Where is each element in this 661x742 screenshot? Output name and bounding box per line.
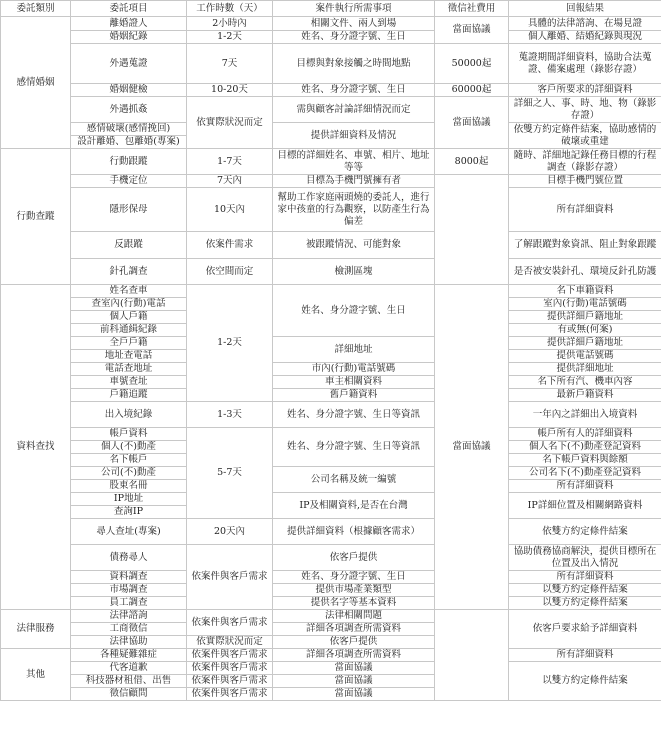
hours-cell: 依案件與客戶需求 [187,662,273,675]
needs-cell: 目標與對象接觸之時間地點 [273,44,435,84]
result-cell: 了解跟蹤對象資訊、阻止對象跟蹤 [509,232,661,259]
table-row: 反跟蹤 依案件需求 被跟蹤情況、可能對象 了解跟蹤對象資訊、阻止對象跟蹤 [1,232,661,259]
header-category: 委託類別 [1,1,71,17]
item-cell: 法律協助 [71,636,187,649]
hours-cell: 依案件需求 [187,232,273,259]
result-cell: 以雙方約定條件結案 [509,662,661,701]
needs-cell: 姓名、身分證字號、生日等資訊 [273,428,435,467]
result-cell: 個人離婚、結婚紀錄與現況 [509,31,661,44]
category-cell: 其他 [1,649,71,701]
result-cell: 提供詳細戶籍地址 [509,337,661,350]
table-row: 外遇蒐證 7天 目標與對象接觸之時間地點 50000起 蒐證期間詳細資料，協助合… [1,44,661,84]
result-cell: 公司名下(不)動產登記資料 [509,467,661,480]
needs-cell: 姓名、身分證字號、生日 [273,84,435,97]
hours-cell: 1-3天 [187,402,273,428]
item-cell: 姓名查車 [71,285,187,298]
needs-cell: 依客戶提供 [273,636,435,649]
needs-cell: 姓名、身分證字號、生日 [273,31,435,44]
item-cell: 個人戶籍 [71,311,187,324]
needs-cell: 幫助工作家庭兩頭燒的委託人，進行家中孩童的行為觀察，以防產生行為偏差 [273,188,435,232]
item-cell: 隱形保母 [71,188,187,232]
hours-cell: 依案件與客戶需求 [187,649,273,662]
item-cell: 地址查電話 [71,350,187,363]
needs-cell: 目標的詳細姓名、車號、相片、地址等等 [273,149,435,175]
category-cell: 感情婚姻 [1,17,71,149]
fee-cell: 50000起 [435,44,509,84]
item-cell: 全戶戶籍 [71,337,187,350]
result-cell: 所有詳細資料 [509,571,661,584]
result-cell: 目標手機門號位置 [509,175,661,188]
item-cell: 公司(不)動產 [71,467,187,480]
result-cell: 提供詳細戶籍地址 [509,311,661,324]
table-row: 債務尋人 依案件與客戶需求 依客戶提供 協助債務協商解決，提供目標所在位置及出入… [1,545,661,571]
item-cell: 尋人查址(專案) [71,519,187,545]
result-cell: 依雙方約定條件結案 [509,519,661,545]
table-row: 戶籍追蹤 舊戶籍資料 最新戶籍資料 [1,389,661,402]
item-cell: 婚姻紀錄 [71,31,187,44]
category-cell: 資料查找 [1,285,71,610]
table-row: 員工調查 提供名字等基本資料 以雙方約定條件結案 [1,597,661,610]
result-cell: 最新戶籍資料 [509,389,661,402]
table-row: 資料查找 姓名查車 1-2天 姓名、身分證字號、生日 當面協議 名下車籍資料 [1,285,661,298]
hours-cell: 依實際狀況而定 [187,97,273,149]
needs-cell: 詳細地址 [273,337,435,363]
header-needs: 案件執行所需事項 [273,1,435,17]
header-item: 委託項目 [71,1,187,17]
table-row: 隱形保母 10天內 幫助工作家庭兩頭燒的委託人，進行家中孩童的行為觀察，以防產生… [1,188,661,232]
fee-cell: 當面協議 [435,285,509,610]
needs-cell: 提供詳細資料及情況 [273,123,435,149]
needs-cell: 法律相關問題 [273,610,435,623]
hours-cell: 1-7天 [187,149,273,175]
hours-cell: 1-2天 [187,285,273,402]
result-cell: 有或無(何案) [509,324,661,337]
needs-cell: 當面協議 [273,688,435,701]
needs-cell: 依客戶提供 [273,545,435,571]
result-cell: 個人名下(不)動產登記資料 [509,441,661,454]
result-cell: 蒐證期間詳細資料，協助合法蒐證、備案處理（錄影存證） [509,44,661,84]
hours-cell: 1-2天 [187,31,273,44]
fee-cell: 8000起 [435,149,509,175]
item-cell: 資料調查 [71,571,187,584]
item-cell: 債務尋人 [71,545,187,571]
item-cell: 行動跟蹤 [71,149,187,175]
item-cell: 感情破壞(感情挽回) [71,123,187,136]
item-cell: 查室內(行動)電話 [71,298,187,311]
needs-cell: 詳細各項調查所需資料 [273,649,435,662]
hours-cell: 10天內 [187,188,273,232]
item-cell: 戶籍追蹤 [71,389,187,402]
item-cell: 科技器材租借、出售 [71,675,187,688]
table-row: 公司(不)動產 公司名稱及統一編號 公司名下(不)動產登記資料 [1,467,661,480]
needs-cell: 當面協議 [273,675,435,688]
fee-cell [435,175,509,285]
table-row: 其他 各種疑難雜症 依案件與客戶需求 詳細各項調查所需資料 所有詳細資料 [1,649,661,662]
table-row: 外遇抓姦 依實際狀況而定 需與顧客討論詳細情況而定 當面協議 詳細之人、事、時、… [1,97,661,123]
item-cell: 外遇抓姦 [71,97,187,123]
header-hours: 工作時數（天） [187,1,273,17]
result-cell: 所有詳細資料 [509,188,661,232]
needs-cell: 姓名、身分證字號、生日等資訊 [273,402,435,428]
needs-cell: 市內(行動)電話號碼 [273,363,435,376]
table-row: 婚姻紀錄 1-2天 姓名、身分證字號、生日 個人離婚、結婚紀錄與現況 [1,31,661,44]
table-row: 出入境紀錄 1-3天 姓名、身分證字號、生日等資訊 一年內之詳細出入境資料 [1,402,661,428]
category-cell: 行動查蹤 [1,149,71,285]
item-cell: 電話查地址 [71,363,187,376]
item-cell: IP地址 [71,493,187,506]
needs-cell: 公司名稱及統一編號 [273,467,435,493]
item-cell: 帳戶資料 [71,428,187,441]
hours-cell: 依空間而定 [187,259,273,285]
result-cell: 室內(行動)電話號碼 [509,298,661,311]
item-cell: 外遇蒐證 [71,44,187,84]
item-cell: 各種疑難雜症 [71,649,187,662]
table-row: 感情婚姻 離婚證人 2小時內 相關文件、兩人到場 當面協議 具體的法律諮詢、在場… [1,17,661,31]
result-cell: 帳戶所有人的詳細資料 [509,428,661,441]
item-cell: 市場調查 [71,584,187,597]
table-row: 法律服務 法律諮詢 依案件與客戶需求 法律相關問題 依客戶要求給予詳細資料 [1,610,661,623]
result-cell: 客戶所要求的詳細資料 [509,84,661,97]
result-cell: 所有詳細資料 [509,480,661,493]
table-row: 手機定位 7天內 目標為手機門號擁有者 目標手機門號位置 [1,175,661,188]
needs-cell: 需與顧客討論詳細情況而定 [273,97,435,123]
item-cell: 針孔調查 [71,259,187,285]
item-cell: 車號查址 [71,376,187,389]
needs-cell: 提供名字等基本資料 [273,597,435,610]
fee-cell: 60000起 [435,84,509,97]
hours-cell: 依案件與客戶需求 [187,545,273,610]
item-cell: 工商徵信 [71,623,187,636]
item-cell: 反跟蹤 [71,232,187,259]
hours-cell: 依實際狀況而定 [187,636,273,649]
result-cell: 以雙方約定條件結案 [509,597,661,610]
item-cell: 名下帳戶 [71,454,187,467]
needs-cell: IP及相關資料,是否在台灣 [273,493,435,519]
item-cell: 股東名冊 [71,480,187,493]
table-row: 感情破壞(感情挽回) 提供詳細資料及情況 依雙方約定條件結案，協助感情的破壞或重… [1,123,661,136]
result-cell: IP詳細位置及相關網路資料 [509,493,661,519]
result-cell: 所有詳細資料 [509,649,661,662]
table-row: 尋人查址(專案) 20天內 提供詳細資料（根據顧客需求） 依雙方約定條件結案 [1,519,661,545]
result-cell: 名下帳戶資料與餘額 [509,454,661,467]
table-row: 行動查蹤 行動跟蹤 1-7天 目標的詳細姓名、車號、相片、地址等等 8000起 … [1,149,661,175]
result-cell: 名下所有汽、機車內容 [509,376,661,389]
result-cell: 隨時、詳細地記錄任務目標的行程調查（錄影存證） [509,149,661,175]
hours-cell: 依案件與客戶需求 [187,688,273,701]
needs-cell: 相關文件、兩人到場 [273,17,435,31]
header-result: 回報結果 [509,1,661,17]
item-cell: 婚姻健檢 [71,84,187,97]
table-row: 車號查址 車主相關資料 名下所有汽、機車內容 [1,376,661,389]
needs-cell: 舊戶籍資料 [273,389,435,402]
fee-cell: 當面協議 [435,97,509,149]
needs-cell: 目標為手機門號擁有者 [273,175,435,188]
item-cell: 徵信顧問 [71,688,187,701]
hours-cell: 5-7天 [187,428,273,519]
table-row: 資料調查 姓名、身分證字號、生日 所有詳細資料 [1,571,661,584]
table-row: 全戶戶籍 詳細地址 提供詳細戶籍地址 [1,337,661,350]
header-fee: 徵信社費用 [435,1,509,17]
result-cell: 以雙方約定條件結案 [509,584,661,597]
result-cell: 依雙方約定條件結案，協助感情的破壞或重建 [509,123,661,149]
needs-cell: 提供詳細資料（根據顧客需求） [273,519,435,545]
table-row: 代客道歉 依案件與客戶需求 當面協議 以雙方約定條件結案 [1,662,661,675]
category-cell: 法律服務 [1,610,71,649]
item-cell: 出入境紀錄 [71,402,187,428]
item-cell: 離婚證人 [71,17,187,31]
needs-cell: 被跟蹤情況、可能對象 [273,232,435,259]
result-cell: 是否被安裝針孔、環境反針孔防護 [509,259,661,285]
fee-cell: 當面協議 [435,17,509,44]
item-cell: 代客道歉 [71,662,187,675]
hours-cell: 依案件與客戶需求 [187,610,273,636]
item-cell: 查詢IP [71,506,187,519]
item-cell: 設計離婚、包離婚(專案) [71,136,187,149]
needs-cell: 姓名、身分證字號、生日 [273,571,435,584]
item-cell: 手機定位 [71,175,187,188]
result-cell: 提供電話號碼 [509,350,661,363]
hours-cell: 依案件與客戶需求 [187,675,273,688]
result-cell: 具體的法律諮詢、在場見證 [509,17,661,31]
hours-cell: 2小時內 [187,17,273,31]
result-cell: 提供詳細地址 [509,363,661,376]
service-table: 委託類別 委託項目 工作時數（天） 案件執行所需事項 徵信社費用 回報結果 感情… [0,0,661,701]
hours-cell: 7天內 [187,175,273,188]
needs-cell: 姓名、身分證字號、生日 [273,285,435,337]
item-cell: 前科通緝紀錄 [71,324,187,337]
needs-cell: 詳細各項調查所需資料 [273,623,435,636]
table-row: 帳戶資料 5-7天 姓名、身分證字號、生日等資訊 帳戶所有人的詳細資料 [1,428,661,441]
fee-cell [435,610,509,701]
needs-cell: 提供市場產業類型 [273,584,435,597]
result-cell: 依客戶要求給予詳細資料 [509,610,661,649]
table-row: 電話查地址 市內(行動)電話號碼 提供詳細地址 [1,363,661,376]
item-cell: 員工調查 [71,597,187,610]
item-cell: 法律諮詢 [71,610,187,623]
hours-cell: 10-20天 [187,84,273,97]
result-cell: 一年內之詳細出入境資料 [509,402,661,428]
header-row: 委託類別 委託項目 工作時數（天） 案件執行所需事項 徵信社費用 回報結果 [1,1,661,17]
item-cell: 個人(不)動產 [71,441,187,454]
table-row: 婚姻健檢 10-20天 姓名、身分證字號、生日 60000起 客戶所要求的詳細資… [1,84,661,97]
hours-cell: 7天 [187,44,273,84]
needs-cell: 當面協議 [273,662,435,675]
table-row: 針孔調查 依空間而定 檢測區塊 是否被安裝針孔、環境反針孔防護 [1,259,661,285]
table-row: 市場調查 提供市場產業類型 以雙方約定條件結案 [1,584,661,597]
needs-cell: 檢測區塊 [273,259,435,285]
result-cell: 協助債務協商解決，提供目標所在位置及出入情況 [509,545,661,571]
table-row: IP地址 IP及相關資料,是否在台灣 IP詳細位置及相關網路資料 [1,493,661,506]
needs-cell: 車主相關資料 [273,376,435,389]
result-cell: 名下車籍資料 [509,285,661,298]
hours-cell: 20天內 [187,519,273,545]
result-cell: 詳細之人、事、時、地、物（錄影存證） [509,97,661,123]
